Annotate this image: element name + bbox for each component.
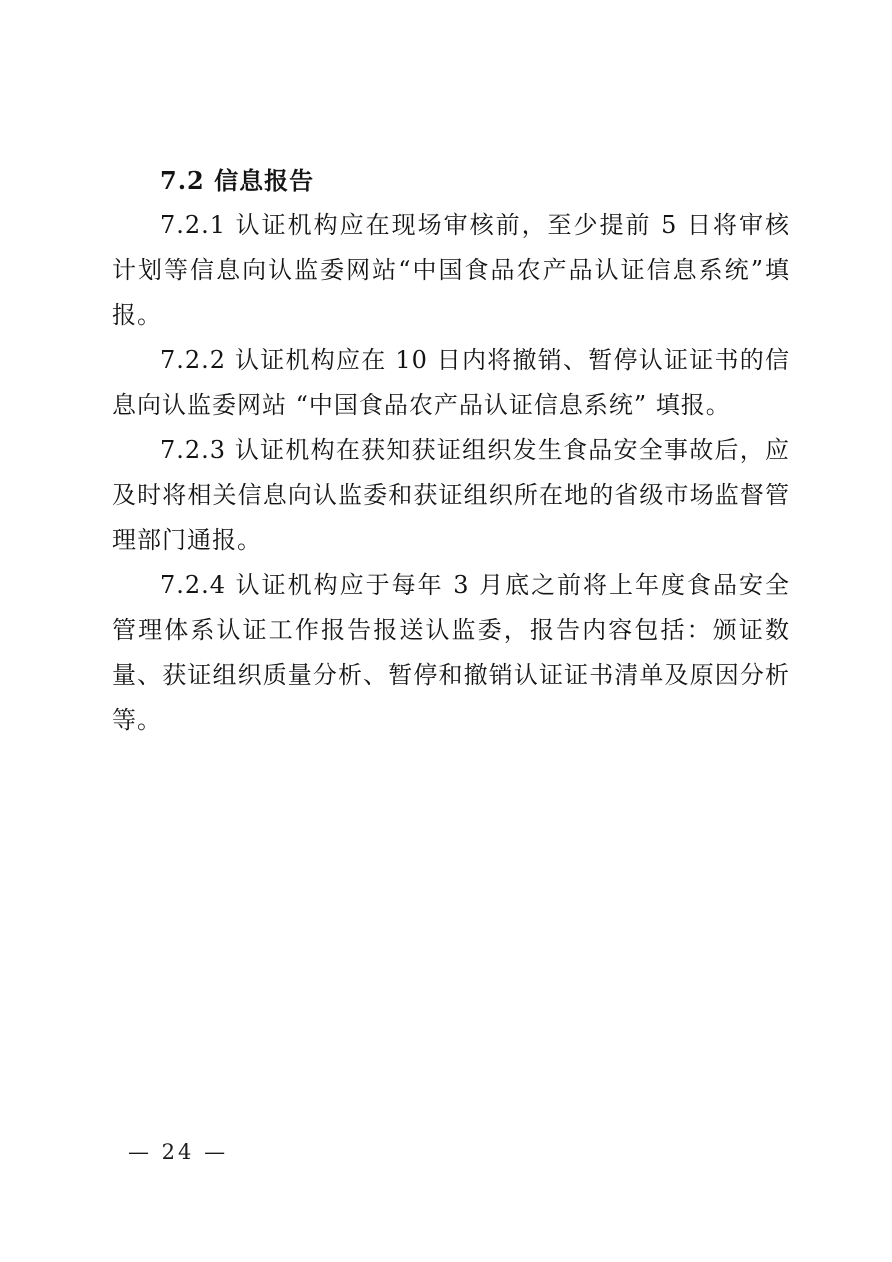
paragraph-7-2-1: 7.2.1 认证机构应在现场审核前，至少提前 5 日将审核计划等信息向认监委网站… [112, 203, 790, 338]
paragraph-7-2-2: 7.2.2 认证机构应在 10 日内将撤销、暂停认证证书的信息向认监委网站 “中… [112, 338, 790, 428]
paragraph-7-2-4: 7.2.4 认证机构应于每年 3 月底之前将上年度食品安全管理体系认证工作报告报… [112, 563, 790, 743]
document-page: 7.2 信息报告 7.2.1 认证机构应在现场审核前，至少提前 5 日将审核计划… [0, 0, 892, 1262]
page-number-footer: — 24 — [128, 1140, 228, 1164]
section-heading-7-2: 7.2 信息报告 [112, 158, 790, 203]
document-body: 7.2 信息报告 7.2.1 认证机构应在现场审核前，至少提前 5 日将审核计划… [112, 158, 790, 743]
paragraph-7-2-3: 7.2.3 认证机构在获知获证组织发生食品安全事故后，应及时将相关信息向认监委和… [112, 428, 790, 563]
